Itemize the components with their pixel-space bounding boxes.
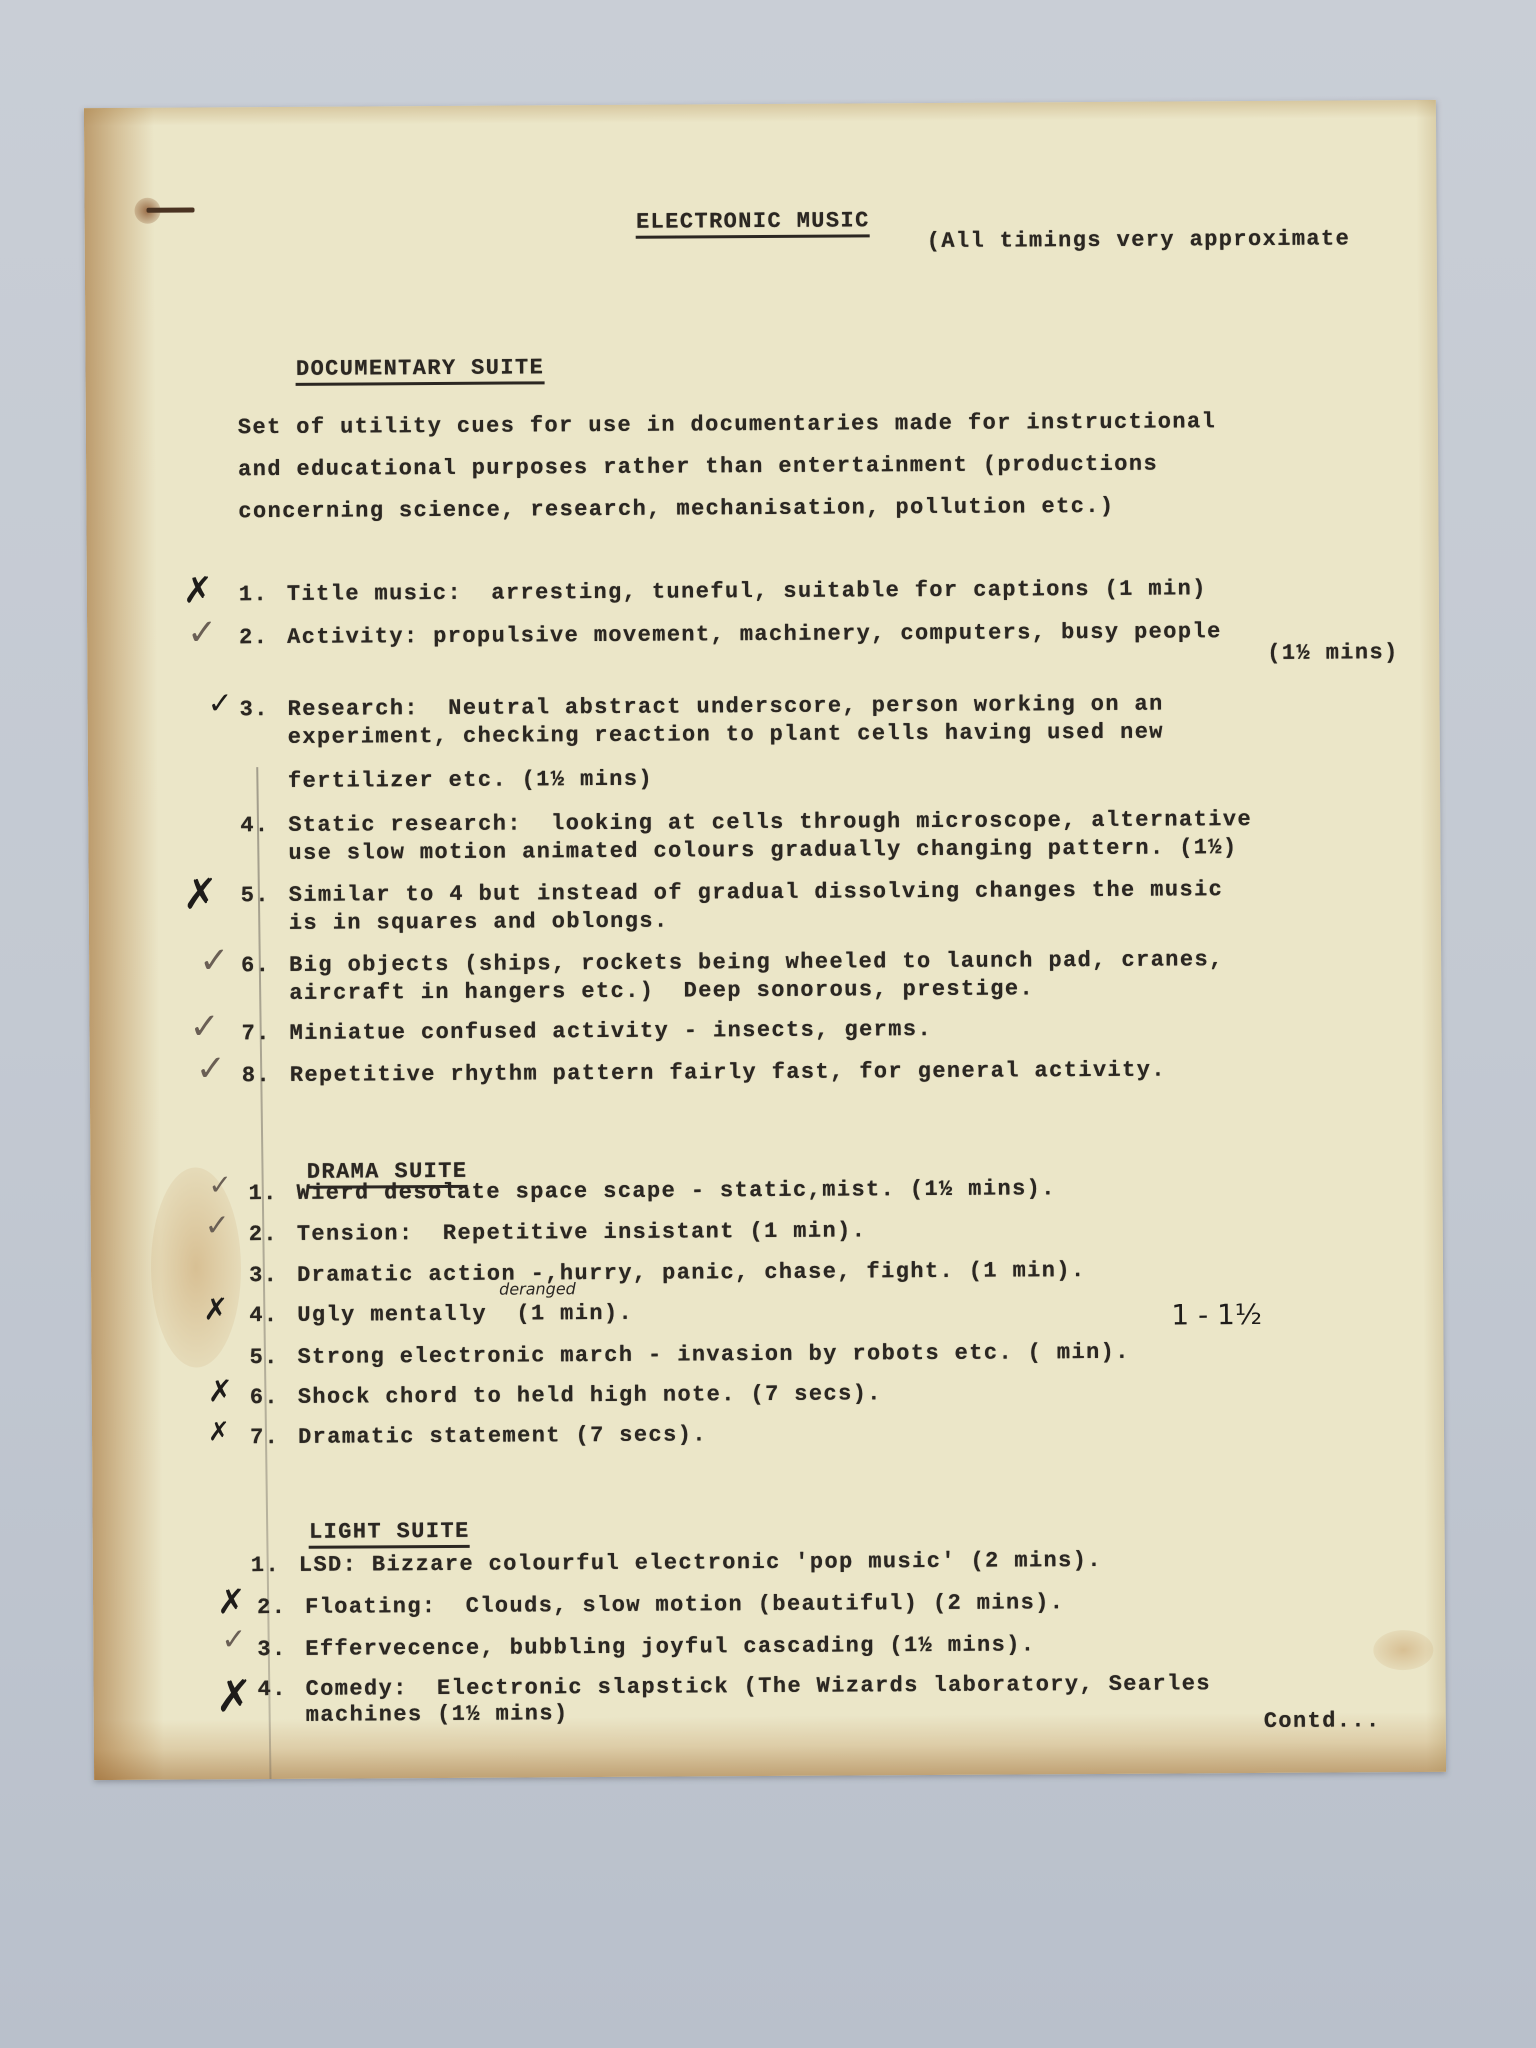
age-stain-bottom: [94, 1712, 1446, 1780]
item-number: 4.: [240, 813, 269, 838]
item-text: Tension: Repetitive insistant (1 min).: [297, 1218, 867, 1246]
age-stain-top: [84, 100, 1436, 126]
continued-label: Contd...: [1264, 1708, 1381, 1734]
item-number: 6.: [250, 1385, 279, 1410]
handwritten-annotation: 1 - 1½: [1171, 1301, 1262, 1330]
item-text: Static research: looking at cells throug…: [288, 807, 1252, 838]
item-text: Activity: propulsive movement, machinery…: [287, 619, 1222, 650]
heading-text: LIGHT SUITE: [309, 1519, 470, 1549]
check-mark-icon: ✓: [187, 615, 217, 651]
item-number: 2.: [249, 1222, 278, 1247]
handwritten-annotation: deranged: [499, 1281, 576, 1297]
item-number: 4.: [249, 1303, 278, 1328]
item-text: Strong electronic march - invasion by ro…: [297, 1340, 1129, 1370]
staple-icon: [147, 207, 195, 212]
section-heading-documentary: DOCUMENTARY SUITE: [237, 330, 544, 407]
timing-note: (All timings very approximate: [927, 226, 1351, 254]
document-title: ELECTRONIC MUSIC: [577, 183, 870, 260]
item-number: 2.: [239, 625, 268, 650]
item-text: fertilizer etc. (1½ mins): [288, 767, 653, 794]
cross-mark-icon: ✗: [217, 1585, 246, 1619]
title-text: ELECTRONIC MUSIC: [636, 208, 870, 238]
item-text: Miniatue confused activity - insects, ge…: [289, 1017, 932, 1046]
item-text: machines (1½ mins): [306, 1701, 569, 1728]
heading-text: DOCUMENTARY SUITE: [296, 355, 544, 386]
item-number: 3.: [240, 697, 269, 722]
water-stain: [1373, 1630, 1433, 1670]
item-text: Wierd desolate space scape - static,mist…: [296, 1176, 1055, 1206]
cross-mark-icon: ✗: [208, 1419, 230, 1445]
cross-mark-icon: ✗: [183, 573, 213, 609]
intro-line: concerning science, research, mechanisat…: [238, 494, 1114, 524]
item-number: 2.: [257, 1595, 286, 1620]
check-mark-icon: ✓: [221, 1625, 246, 1655]
item-text: Ugly mentally (1 min).: [297, 1301, 633, 1328]
item-text: Floating: Clouds, slow motion (beautiful…: [305, 1590, 1064, 1620]
item-number: 4.: [257, 1677, 286, 1702]
item-text: use slow motion animated colours gradual…: [288, 835, 1237, 866]
check-mark-icon: ✓: [205, 1211, 230, 1241]
item-text: is in squares and oblongs.: [289, 909, 669, 936]
item-number: 3.: [249, 1263, 278, 1288]
cross-mark-icon: ✗: [203, 1295, 228, 1325]
item-text: Shock chord to held high note. (7 secs).: [298, 1381, 882, 1410]
cross-mark-icon: ✗: [215, 1675, 252, 1719]
check-mark-icon: ✓: [199, 943, 229, 979]
item-number: 1.: [251, 1553, 280, 1578]
intro-line: and educational purposes rather than ent…: [238, 452, 1158, 483]
item-number: 7.: [250, 1425, 279, 1450]
check-mark-icon: ✓: [207, 689, 232, 719]
cross-mark-icon: ✗: [208, 1377, 233, 1407]
item-text: LSD: Bizzare colourful electronic 'pop m…: [299, 1548, 1102, 1578]
item-text: experiment, checking reaction to plant c…: [288, 720, 1164, 750]
cross-mark-icon: ✗: [183, 873, 218, 915]
item-number: 7.: [241, 1021, 270, 1046]
item-number: 3.: [257, 1637, 286, 1662]
item-number: 1.: [248, 1181, 277, 1206]
item-text: Dramatic statement (7 secs).: [298, 1422, 707, 1449]
item-number: 5.: [249, 1345, 278, 1370]
item-number: 1.: [239, 582, 268, 607]
typed-document-page: ELECTRONIC MUSIC (All timings very appro…: [84, 100, 1446, 1780]
age-stain-right: [1416, 100, 1446, 1772]
check-mark-icon: ✓: [208, 1171, 232, 1199]
item-number: 5.: [241, 883, 270, 908]
item-text: Comedy: Electronic slapstick (The Wizard…: [305, 1671, 1210, 1702]
age-stain-left: [84, 108, 164, 1780]
item-text: Repetitive rhythm pattern fairly fast, f…: [290, 1058, 1166, 1088]
intro-line: Set of utility cues for use in documenta…: [238, 409, 1216, 440]
item-number: 6.: [241, 953, 270, 978]
item-number: 8.: [242, 1063, 271, 1088]
item-text: aircraft in hangers etc.) Deep sonorous,…: [289, 976, 1034, 1006]
item-text: Similar to 4 but instead of gradual diss…: [289, 877, 1224, 908]
check-mark-icon: ✓: [189, 1009, 219, 1045]
item-text: Research: Neutral abstract underscore, p…: [288, 692, 1164, 722]
item-text: Title music: arresting, tuneful, suitabl…: [287, 576, 1207, 607]
item-text: Dramatic action -,hurry, panic, chase, f…: [297, 1258, 1086, 1288]
item-text: Effervecence, bubbling joyful cascading …: [305, 1632, 1035, 1661]
item-text: Big objects (ships, rockets being wheele…: [289, 947, 1224, 978]
item-text: (1½ mins): [1267, 640, 1399, 666]
check-mark-icon: ✓: [196, 1051, 226, 1087]
